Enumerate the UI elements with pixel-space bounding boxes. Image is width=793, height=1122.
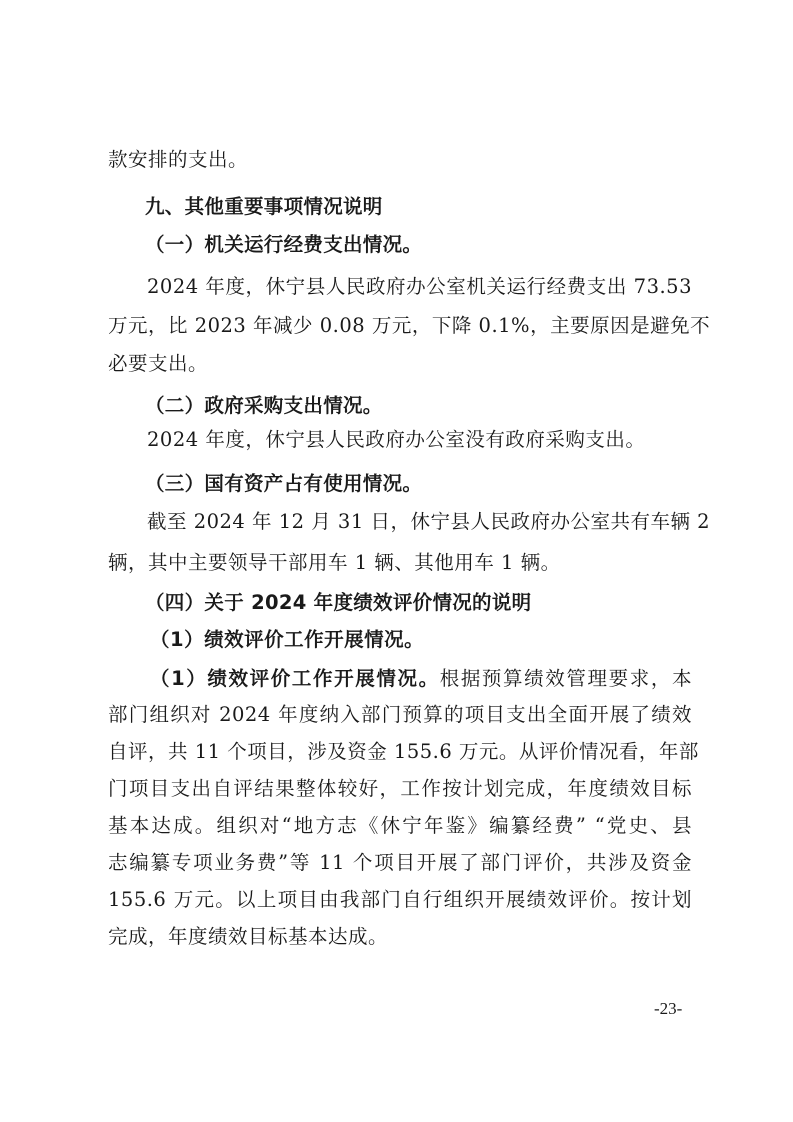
paragraph-performance-line5: 基本达成。组织对“地方志《休宁年鉴》编纂经费” “党史、县 [108, 814, 692, 838]
paragraph-performance-line1: （1）绩效评价工作开展情况。根据预算绩效管理要求，本 [150, 667, 692, 691]
subsection-heading-1: （一）机关运行经费支出情况。 [145, 233, 729, 257]
paragraph-performance-line6: 志编纂专项业务费”等 11 个项目开展了部门评价，共涉及资金 [108, 851, 692, 875]
paragraph-operating-expenses-line3: 必要支出。 [108, 352, 692, 376]
inline-text: 根据预算绩效管理要求，本 [440, 667, 692, 690]
paragraph-operating-expenses-line2: 万元，比 2023 年减少 0.08 万元，下降 0.1%，主要原因是避免不 [108, 314, 692, 338]
paragraph-procurement: 2024 年度，休宁县人民政府办公室没有政府采购支出。 [147, 428, 692, 452]
paragraph-performance-line3: 自评，共 11 个项目，涉及资金 155.6 万元。从评价情况看，年部 [108, 740, 692, 764]
paragraph-performance-line7: 155.6 万元。以上项目由我部门自行组织开展绩效评价。按计划 [108, 888, 692, 912]
paragraph-assets-line2: 辆，其中主要领导干部用车 1 辆、其他用车 1 辆。 [108, 551, 692, 575]
subsection-heading-3: （三）国有资产占有使用情况。 [145, 472, 729, 496]
paragraph-operating-expenses-line1: 2024 年度，休宁县人民政府办公室机关运行经费支出 73.53 [147, 275, 692, 299]
paragraph-continuation: 款安排的支出。 [108, 148, 692, 172]
paragraph-performance-line8: 完成，年度绩效目标基本达成。 [108, 925, 692, 949]
paragraph-performance-line4: 门项目支出自评结果整体较好，工作按计划完成，年度绩效目标 [108, 777, 692, 801]
paragraph-assets-line1: 截至 2024 年 12 月 31 日，休宁县人民政府办公室共有车辆 2 [147, 510, 692, 534]
page-number: -23- [654, 999, 682, 1019]
paragraph-performance-line2: 部门组织对 2024 年度纳入部门预算的项目支出全面开展了绩效 [108, 703, 692, 727]
subsection-heading-2: （二）政府采购支出情况。 [145, 394, 729, 418]
section-heading-nine: 九、其他重要事项情况说明 [145, 195, 729, 219]
sub-heading-performance: （1）绩效评价工作开展情况。 [150, 628, 734, 652]
inline-bold-lead: （1）绩效评价工作开展情况。 [150, 667, 440, 690]
subsection-heading-4: （四）关于 2024 年度绩效评价情况的说明 [145, 591, 729, 615]
